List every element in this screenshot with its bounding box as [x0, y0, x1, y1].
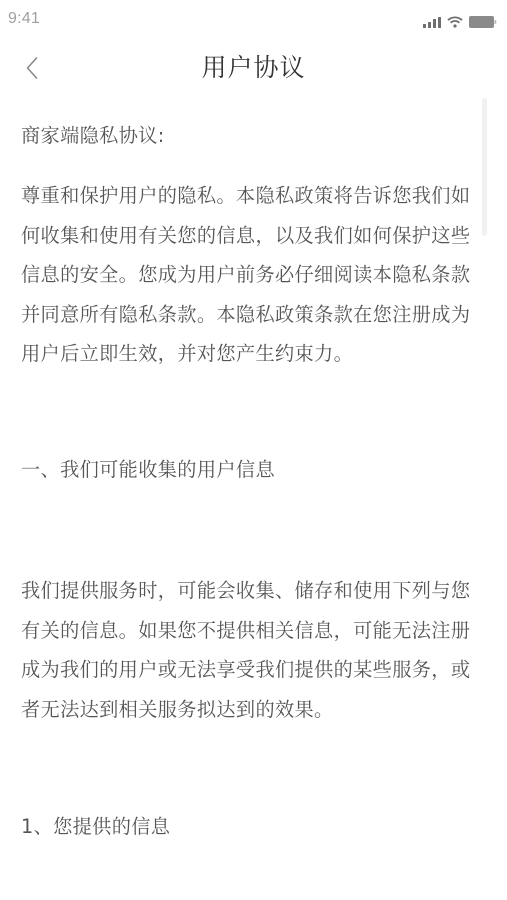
paragraph-line: 有关的信息。如果您不提供相关信息，可能无法注册 [21, 611, 477, 651]
scrollbar[interactable] [482, 98, 487, 236]
paragraph-line: 信息的安全。您成为用户前务必仔细阅读本隐私条款 [21, 255, 477, 295]
agreement-heading: 商家端隐私协议: [21, 116, 477, 156]
status-bar: 9:41 [0, 0, 507, 40]
agreement-scroll-area[interactable]: 商家端隐私协议: 尊重和保护用户的隐私。本隐私政策将告诉您我们如 何收集和使用有… [0, 96, 507, 900]
section-title: 一、我们可能收集的用户信息 [21, 450, 477, 490]
paragraph-line: 成为我们的用户或无法享受我们提供的某些服务，或 [21, 650, 477, 690]
nav-bar: 用户协议 [0, 40, 507, 96]
section-paragraph: 我们提供服务时，可能会收集、储存和使用下列与您 有关的信息。如果您不提供相关信息… [21, 571, 477, 729]
paragraph-line: 者无法达到相关服务拟达到的效果。 [21, 690, 477, 730]
wifi-icon [447, 16, 463, 28]
signal-icon [423, 17, 441, 28]
status-icons [423, 12, 497, 28]
paragraph-line: 何收集和使用有关您的信息，以及我们如何保护这些 [21, 216, 477, 256]
paragraph-line: 我们提供服务时，可能会收集、储存和使用下列与您 [21, 571, 477, 611]
status-time: 9:41 [8, 10, 40, 28]
intro-paragraph: 尊重和保护用户的隐私。本隐私政策将告诉您我们如 何收集和使用有关您的信息，以及我… [21, 176, 477, 374]
paragraph-line: 用户后立即生效，并对您产生约束力。 [21, 334, 477, 374]
battery-icon [469, 16, 497, 28]
subsection-title: 1、您提供的信息 [21, 807, 477, 847]
paragraph-line: 尊重和保护用户的隐私。本隐私政策将告诉您我们如 [21, 176, 477, 216]
page-title: 用户协议 [0, 50, 507, 86]
paragraph-line: 并同意所有隐私条款。本隐私政策条款在您注册成为 [21, 295, 477, 335]
